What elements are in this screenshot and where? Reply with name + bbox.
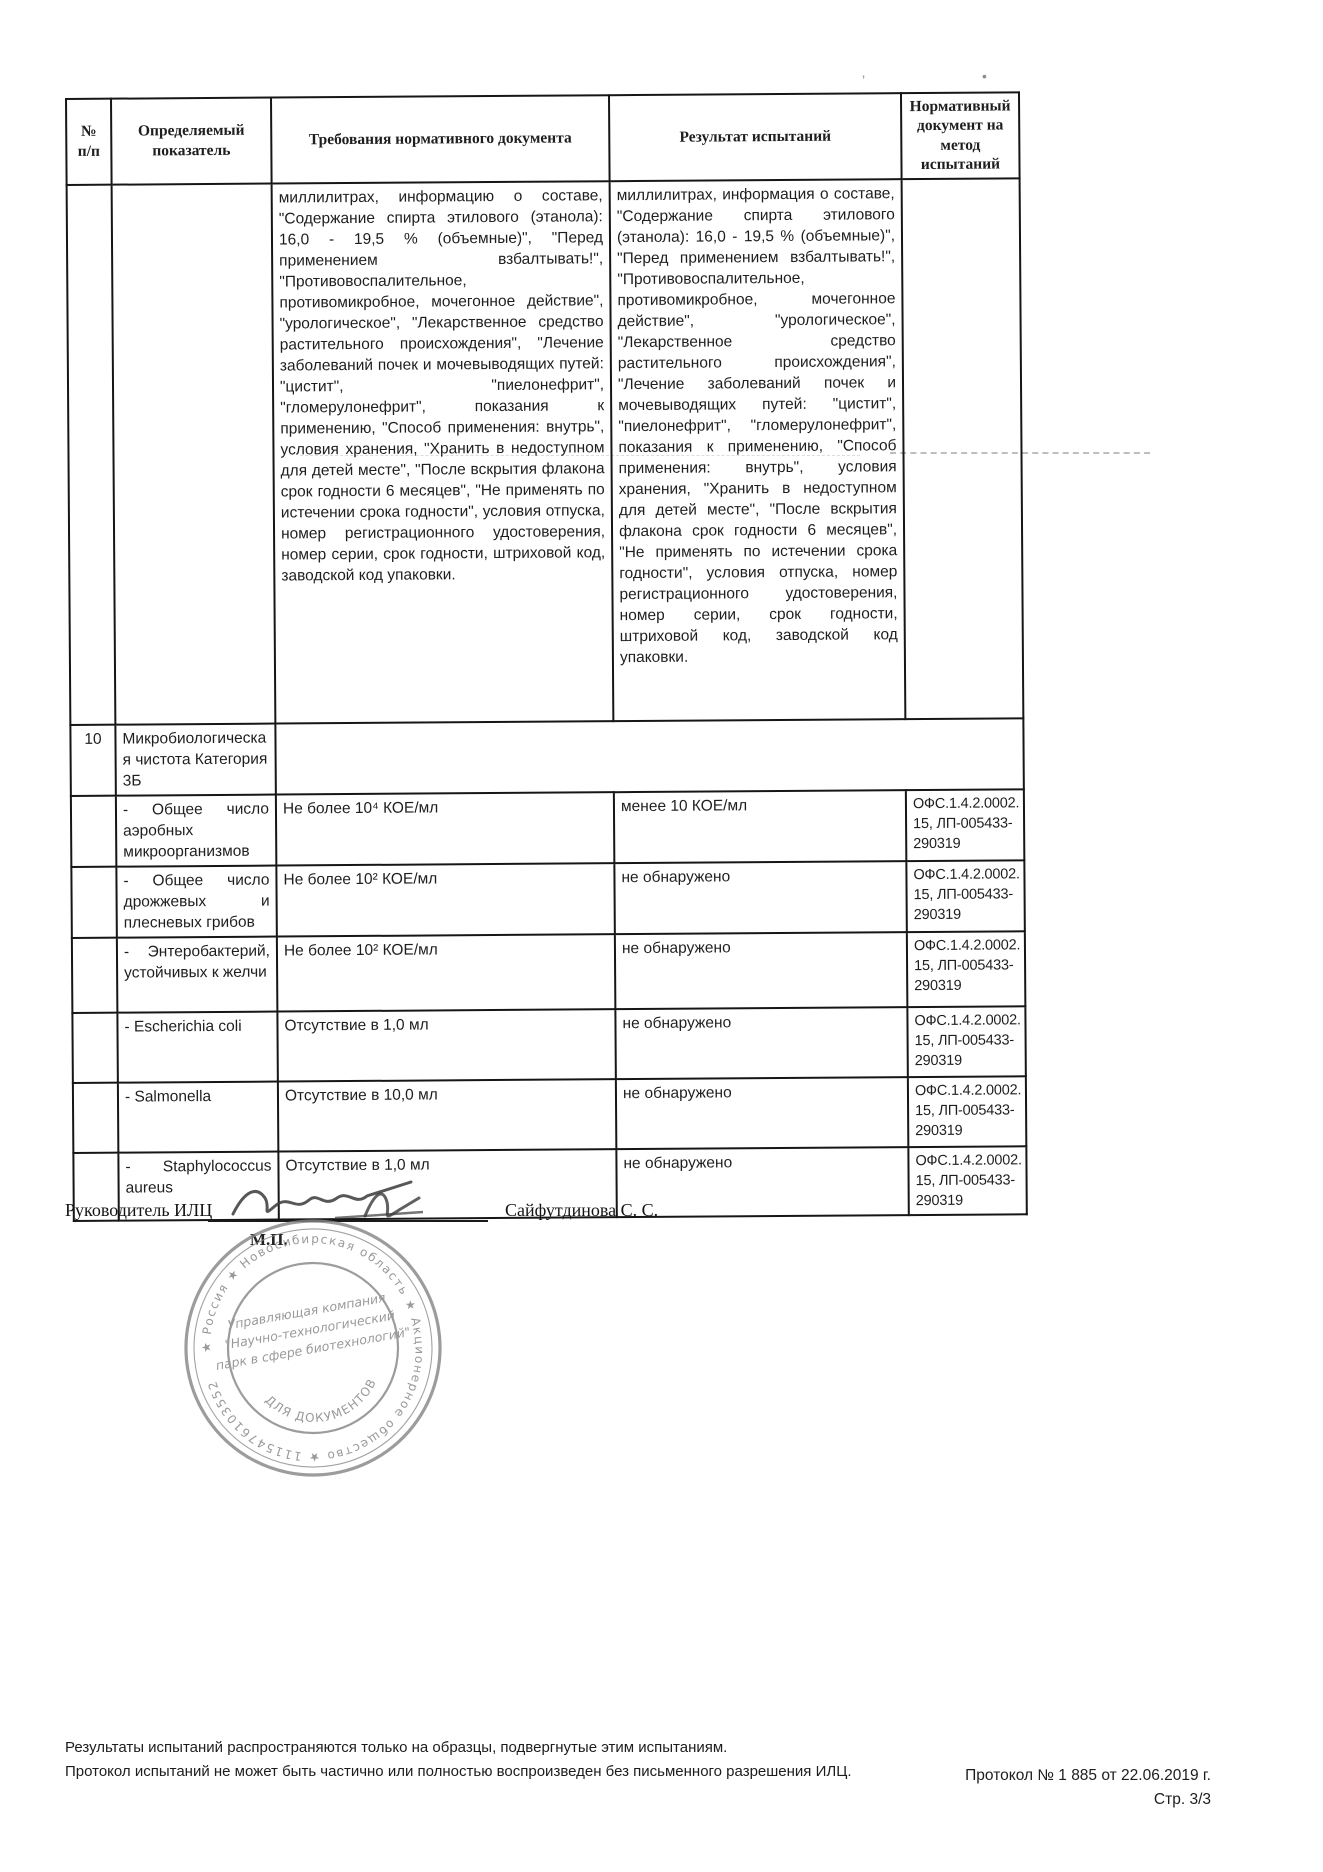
protocol-number-date: Протокол № 1 885 от 22.06.2019 г. [965,1764,1211,1788]
cell-result-continuation: миллилитрах, информация о составе, "Соде… [610,179,906,721]
cell-indicator: - Salmonella [118,1081,278,1152]
cell-result: не обнаружено [616,1077,908,1149]
footer-disclaimer: Результаты испытаний распространяются то… [65,1736,851,1784]
row-10-microbio-purity: 10 Микробиологическа я чистота Категория… [70,718,1023,796]
cell-num-empty [71,795,116,866]
results-table-wrapper: № п/п Определяемый показатель Требования… [65,91,1028,1221]
cell-normdoc: ОФС.1.4.2.0002. 15, ЛП-005433- 290319 [907,931,1026,1007]
cell-normdoc: ОФС.1.4.2.0002. 15, ЛП-005433- 290319 [907,1006,1025,1077]
cell-requirement-continuation: миллилитрах, информацию о составе, "Соде… [272,181,614,723]
cell-num-empty [72,1012,117,1082]
row-escherichia-coli: - Escherichia coli Отсутствие в 1,0 мл н… [72,1006,1025,1083]
cell-requirement: Не более 10² КОЕ/мл [277,934,616,1011]
cell-num-empty [67,184,116,724]
page-number: Стр. 3/3 [965,1788,1211,1812]
cell-requirement: Не более 10² КОЕ/мл [276,863,614,936]
signature-person-name: Сайфутдинова С. С. [505,1200,658,1221]
row-enterobacteria: - Энтеробактерий, устойчивых к желчи Не … [72,931,1026,1013]
cell-requirement: Отсутствие в 10,0 мл [278,1079,616,1151]
cell-indicator: - Escherichia coli [117,1011,277,1082]
cell-normdoc: ОФС.1.4.2.0002. 15, ЛП-005433- 290319 [908,1076,1026,1147]
cell-normdoc-empty [902,178,1024,719]
protocol-reference-block: Протокол № 1 885 от 22.06.2019 г. Стр. 3… [965,1764,1211,1812]
col-header-indicator: Определяемый показатель [111,98,272,185]
cell-normdoc: ОФС.1.4.2.0002. 15, ЛП-005433- 290319 [908,1146,1026,1215]
scanned-protocol-page: ’ •︎ № п/п Определяемый показатель Требо… [0,0,1323,1872]
footer-note-scope: Результаты испытаний распространяются то… [65,1736,851,1760]
cell-result: не обнаружено [614,861,906,934]
col-header-result: Результат испытаний [609,93,902,181]
col-header-normdoc: Нормативный документ на метод испытаний [901,92,1020,178]
test-results-table: № п/п Определяемый показатель Требования… [65,91,1028,1221]
scan-artifact-mark: •︎ [982,68,987,84]
row-yeast-mold-count: - Общее число дрожжевых и плесневых гриб… [71,860,1024,938]
company-seal-stamp: ★ Россия ★ Новосибирская область ★ Акцио… [148,1212,478,1484]
footer-note-reproduction: Протокол испытаний не может быть частичн… [65,1760,851,1784]
table-header-row: № п/п Определяемый показатель Требования… [66,92,1020,184]
col-header-requirement: Требования нормативного документа [271,95,610,183]
cell-num-empty [73,1082,118,1152]
cell-merged-empty [275,718,1023,794]
col-header-num: № п/п [66,99,112,185]
cell-result: не обнаружено [615,1007,907,1079]
cell-num-empty [72,937,118,1012]
cell-normdoc: ОФС.1.4.2.0002. 15, ЛП-005433- 290319 [906,860,1024,932]
row-salmonella: - Salmonella Отсутствие в 10,0 мл не обн… [73,1076,1026,1153]
cell-requirement: Не более 10⁴ КОЕ/мл [276,792,614,865]
continuation-row: миллилитрах, информацию о составе, "Соде… [67,178,1024,725]
cell-indicator-microbio: Микробиологическа я чистота Категория 3Б [115,723,275,795]
cell-indicator: - Общее число дрожжевых и плесневых гриб… [116,865,276,937]
cell-indicator: - Общее число аэробных микроорганизмов [116,794,276,866]
cell-row-number: 10 [70,724,115,795]
cell-result: не обнаружено [615,932,908,1009]
cell-num-empty [71,866,116,937]
row-aerobic-count: - Общее число аэробных микроорганизмов Н… [71,789,1024,867]
cell-requirement: Отсутствие в 1,0 мл [277,1009,615,1081]
cell-indicator: - Энтеробактерий, устойчивых к желчи [117,936,278,1012]
scan-artifact-mark: ’ [862,72,865,88]
cell-normdoc: ОФС.1.4.2.0002. 15, ЛП-005433- 290319 [906,789,1024,861]
cell-result: менее 10 КОЕ/мл [614,790,906,863]
cell-indicator-empty [112,183,276,724]
